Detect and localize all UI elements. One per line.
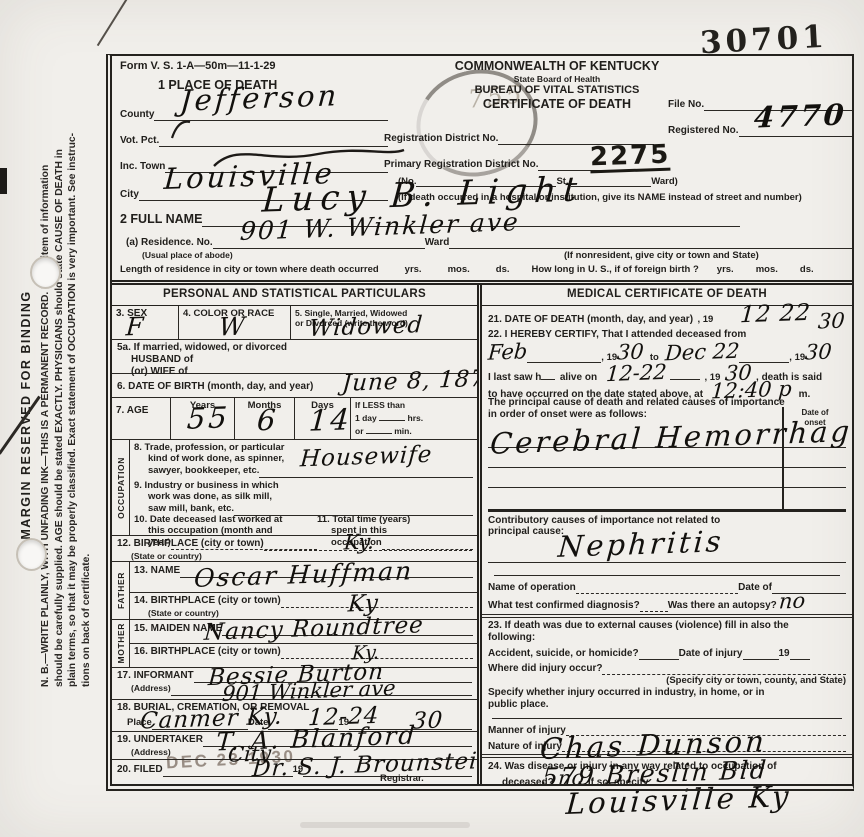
date-of-birth-row: 6. DATE OF BIRTH (month, day, and year) … bbox=[112, 374, 477, 398]
certificate-title: CERTIFICATE OF DEATH bbox=[404, 97, 710, 112]
contributory-label-line1: Contributory causes of importance not re… bbox=[482, 515, 852, 527]
autopsy-value: no bbox=[778, 591, 806, 613]
sex-value: F bbox=[125, 314, 146, 340]
industry-label-line2: work was done, as silk mill, bbox=[134, 491, 473, 502]
autopsy-label: Was there an autopsy? bbox=[668, 600, 777, 612]
mother-birthplace-label: 16. BIRTHPLACE (city or town) bbox=[134, 646, 281, 659]
scan-corner-mark bbox=[97, 0, 129, 46]
margin-instruction-line: should be carefully supplied. AGE should… bbox=[52, 133, 66, 687]
margin-instruction-line: plain terms, so that it may be properly … bbox=[66, 133, 80, 687]
trade-row: 8. Trade, profession, or particular kind… bbox=[130, 440, 477, 478]
city-label: City bbox=[120, 189, 139, 201]
form-header: Form V. S. 1-A—50m—11-1-29 1 PLACE OF DE… bbox=[112, 56, 852, 280]
bureau-title: BUREAU OF VITAL STATISTICS bbox=[404, 84, 710, 97]
spouse-label-line1: 5a. If married, widowed, or divorced bbox=[117, 342, 472, 354]
race-cell: 4. COLOR OR RACE W bbox=[178, 306, 290, 339]
scan-smudge bbox=[300, 822, 470, 828]
blank-line bbox=[234, 503, 473, 516]
margin-instruction-line: tions on back of certificate. bbox=[80, 133, 94, 687]
accident-label: Accident, suicide, or homicide? bbox=[488, 648, 639, 660]
attended-from-value: Feb bbox=[487, 341, 528, 363]
residence-row: (a) Residence. No. Ward bbox=[126, 236, 852, 249]
trade-label-line3: sawyer, bookkeeper, etc. bbox=[148, 465, 259, 478]
father-birthplace-label: 14. BIRTHPLACE (city or town) bbox=[134, 595, 281, 608]
punch-hole bbox=[16, 538, 47, 571]
accident-row: Accident, suicide, or homicide? Date of … bbox=[482, 644, 852, 660]
nonresident-note: (If nonresident, give city or town and S… bbox=[564, 250, 759, 261]
age-less-cell: If LESS than 1 day hrs. or min. bbox=[350, 398, 477, 439]
informant-row: 17. INFORMANT (Address) Bessie Burton 90… bbox=[112, 668, 477, 700]
age-years-value: 55 bbox=[186, 403, 231, 434]
sex-race-marital-row: 3. SEX F 4. COLOR OR RACE W 5. Single, M… bbox=[112, 306, 477, 340]
age-label: 7. AGE bbox=[116, 405, 148, 416]
mos-label: mos. bbox=[756, 264, 778, 275]
blank-line bbox=[640, 601, 668, 612]
blank-line bbox=[494, 563, 840, 576]
title-block: COMMONWEALTH OF KENTUCKY State Board of … bbox=[404, 59, 710, 112]
date-of-death-row: 21. DATE OF DEATH (month, day, and year)… bbox=[482, 309, 852, 329]
county-value: Jefferson bbox=[179, 81, 340, 116]
where-injury-sub: (Specify city or town, county, and State… bbox=[482, 675, 852, 687]
residence-sub-label: (Usual place of abode) bbox=[142, 250, 233, 260]
last-saw-row: I last saw h alive on 12-22 , 19 30 , de… bbox=[482, 363, 852, 380]
to-year-pre: , 19 bbox=[789, 352, 805, 363]
personal-section-title: PERSONAL AND STATISTICAL PARTICULARS bbox=[112, 285, 477, 306]
margin-instruction-line: N. B.—WRITE PLAINLY, WITH UNFADING INK—T… bbox=[39, 133, 53, 687]
age-less-line1: If LESS than bbox=[355, 400, 473, 410]
margin-instructions: N. B.—WRITE PLAINLY, WITH UNFADING INK—T… bbox=[39, 133, 93, 687]
certificate-form: Form V. S. 1-A—50m—11-1-29 1 PLACE OF DE… bbox=[106, 54, 854, 791]
trade-value: Housewife bbox=[299, 444, 433, 472]
undertaker-sub-label: (Address) bbox=[117, 747, 171, 760]
death-certificate-scan: MARGIN RESERVED FOR BINDING N. B.—WRITE … bbox=[0, 0, 864, 837]
primary-district-label: Primary Registration District No. bbox=[384, 159, 538, 171]
industry-row: 9. Industry or business in which work wa… bbox=[130, 478, 477, 512]
external-causes-line1: 23. If death was due to external causes … bbox=[482, 620, 852, 632]
registered-no-value: 4770 bbox=[753, 100, 848, 132]
filed-label: 20. FILED bbox=[117, 764, 163, 777]
residence-label: (a) Residence. No. bbox=[126, 237, 213, 249]
ink-tick-mark bbox=[168, 118, 194, 140]
father-name-row: 13. NAME Oscar Huffman bbox=[130, 562, 477, 593]
age-days-cell: Days 14 bbox=[294, 398, 350, 439]
blank-line bbox=[379, 410, 405, 421]
father-name-value: Oscar Huffman bbox=[193, 558, 414, 591]
age-less-hrs: hrs. bbox=[408, 413, 424, 423]
informant-label: 17. INFORMANT bbox=[117, 670, 194, 683]
blank-line bbox=[639, 649, 679, 660]
injury-year-pre: 19 bbox=[779, 648, 790, 660]
occupation-band: OCCUPATION 8. Trade, profession, or part… bbox=[112, 440, 477, 536]
injury-date-label: Date of injury bbox=[679, 648, 743, 660]
sex-cell: 3. SEX F bbox=[112, 306, 178, 339]
length-of-residence-row: Length of residence in city or town wher… bbox=[120, 264, 854, 275]
age-label-cell: 7. AGE bbox=[112, 398, 170, 439]
contributory-value-row: Nephritis bbox=[488, 538, 846, 563]
form-body: PERSONAL AND STATISTICAL PARTICULARS 3. … bbox=[112, 280, 852, 786]
yrs-label: yrs. bbox=[717, 264, 734, 275]
punch-hole bbox=[30, 256, 61, 289]
blank-line bbox=[743, 649, 779, 660]
marital-cell: 5. Single, Married, Widowed or Divorced … bbox=[290, 306, 477, 339]
age-months-cell: Months 6 bbox=[234, 398, 294, 439]
dod-value: 12 22 bbox=[739, 302, 811, 328]
birthplace-row: 12. BIRTHPLACE (city or town) (State or … bbox=[112, 536, 477, 562]
age-days-value: 14 bbox=[308, 405, 353, 436]
physician-address-value: 579 Breslin Bld bbox=[541, 757, 769, 786]
dod-year-pre: , 19 bbox=[697, 314, 713, 325]
autopsy-row: What test confirmed diagnosis? Was there… bbox=[482, 594, 852, 618]
mother-name-value: Nancy Roundtree bbox=[203, 614, 424, 645]
father-name-label: 13. NAME bbox=[134, 565, 180, 578]
county-label: County bbox=[120, 109, 154, 121]
spouse-label-line2: HUSBAND of bbox=[117, 354, 472, 366]
date-of-onset-box: Date of onset bbox=[782, 407, 846, 509]
blank-line bbox=[527, 350, 601, 363]
where-injury-row: Where did injury occur? bbox=[482, 660, 852, 675]
onset-label-line1: Date of bbox=[784, 407, 846, 417]
principal-cause-area: Cerebral Hemorrhage Date of onset bbox=[488, 423, 846, 512]
ds-label: ds. bbox=[800, 264, 814, 275]
age-less-line2: 1 day bbox=[355, 413, 377, 423]
dob-value: June 8, 1875 bbox=[341, 367, 482, 396]
ward-label: Ward) bbox=[651, 176, 678, 187]
where-injury-label: Where did injury occur? bbox=[488, 663, 602, 675]
file-no-label: File No. bbox=[668, 99, 704, 111]
personal-column: PERSONAL AND STATISTICAL PARTICULARS 3. … bbox=[112, 285, 482, 786]
undertaker-label: 19. UNDERTAKER bbox=[117, 734, 203, 747]
blank-line bbox=[492, 710, 842, 719]
occurred-at-row: to have occurred on the date stated abov… bbox=[482, 380, 852, 397]
blank-line bbox=[790, 649, 810, 660]
age-row: 7. AGE Years 55 Months 6 Days 14 bbox=[112, 398, 477, 440]
specify-injury-line2: public place. bbox=[482, 699, 852, 711]
registered-no-label: Registered No. bbox=[668, 125, 739, 137]
state-board-subtitle: State Board of Health bbox=[404, 74, 710, 84]
mos-label: mos. bbox=[448, 264, 470, 275]
contributory-value: Nephritis bbox=[557, 527, 725, 562]
filed-row: 20. FILED 19 Dr. S. J. Brounstein Regist… bbox=[112, 760, 477, 784]
blank-line bbox=[576, 581, 738, 594]
yrs-label: yrs. bbox=[405, 264, 422, 275]
industry-label-line3: saw mill, bank, etc. bbox=[148, 503, 234, 516]
marital-value: Widowed bbox=[308, 314, 424, 341]
dod-label: 21. DATE OF DEATH (month, day, and year) bbox=[488, 314, 693, 325]
attended-to-year: 30 bbox=[804, 342, 832, 364]
birthplace-label: 12. BIRTHPLACE (city or town) bbox=[117, 538, 264, 551]
form-code: Form V. S. 1-A—50m—11-1-29 bbox=[120, 60, 276, 73]
race-value: W bbox=[218, 313, 247, 339]
medical-column: MEDICAL CERTIFICATE OF DEATH 21. DATE OF… bbox=[482, 285, 852, 786]
industry-label-line3-row: saw mill, bank, etc. bbox=[134, 503, 473, 516]
onset-label-line2: onset bbox=[784, 417, 846, 427]
operation-date-label: Date of bbox=[738, 582, 772, 594]
specify-injury-line1: Specify whether injury occurred in indus… bbox=[482, 687, 852, 699]
age-months-value: 6 bbox=[256, 406, 279, 436]
inc-town-label: Inc. Town bbox=[120, 161, 165, 173]
voting-precinct-label: Vot. Pct. bbox=[120, 135, 159, 147]
industry-label-line1: 9. Industry or business in which bbox=[134, 480, 473, 491]
ds-label: ds. bbox=[496, 264, 510, 275]
informant-sub-label: (Address) bbox=[117, 683, 171, 696]
primary-district-value-stamp: 2275 bbox=[590, 143, 671, 173]
external-causes-line2: following: bbox=[482, 632, 852, 644]
birthplace-value: Ky. bbox=[343, 531, 375, 553]
mother-band: MOTHER 15. MAIDEN NAME Nancy Roundtree bbox=[112, 620, 477, 668]
scan-edge-mark bbox=[0, 168, 7, 194]
blank-line bbox=[670, 369, 700, 380]
length-label: Length of residence in city or town wher… bbox=[120, 264, 379, 275]
blank-line bbox=[449, 236, 852, 249]
blank-line bbox=[366, 423, 392, 434]
registration-district-label: Registration District No. bbox=[384, 133, 498, 145]
operation-label: Name of operation bbox=[488, 582, 576, 594]
full-name-label: 2 FULL NAME bbox=[120, 212, 202, 227]
blank-line bbox=[541, 369, 555, 380]
commonwealth-title: COMMONWEALTH OF KENTUCKY bbox=[404, 59, 710, 74]
occupation-band-label: OCCUPATION bbox=[112, 440, 130, 535]
mother-band-label: MOTHER bbox=[112, 620, 130, 667]
dob-label: 6. DATE OF BIRTH (month, day, and year) bbox=[117, 381, 313, 392]
age-less-or: or bbox=[355, 426, 364, 436]
test-label: What test confirmed diagnosis? bbox=[488, 600, 640, 612]
age-years-cell: Years 55 bbox=[170, 398, 234, 439]
blank-line bbox=[602, 662, 846, 675]
father-band-label: FATHER bbox=[112, 562, 130, 619]
mother-name-row: 15. MAIDEN NAME Nancy Roundtree bbox=[130, 620, 477, 644]
registrar-label: Registrar. bbox=[380, 773, 424, 784]
age-less-min: min. bbox=[394, 426, 411, 436]
foreign-birth-label: How long in U. S., if of foreign birth ? bbox=[532, 264, 699, 275]
